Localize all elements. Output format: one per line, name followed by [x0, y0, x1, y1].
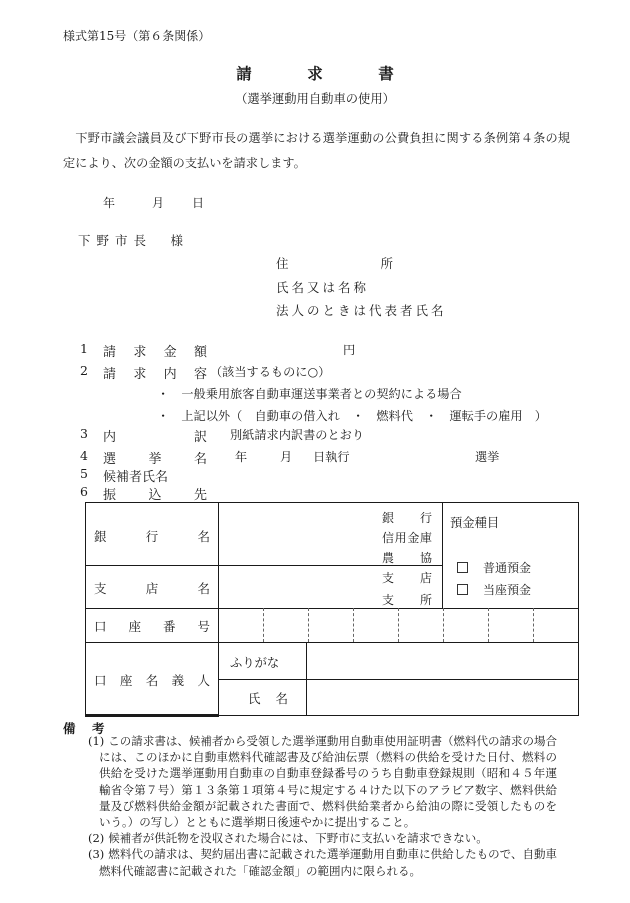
item4-label: 選挙名 — [103, 448, 207, 467]
item1-number: 1 — [80, 341, 88, 356]
item2-option2[interactable]: ・ 上記以外（ 自動車の借入れ ・ 燃料代 ・ 運転手の雇用 ） — [157, 407, 547, 424]
note-1-number: (1) — [88, 734, 104, 748]
note-item-2: (2)候補者が供託物を没収された場合には、下野市に支払いを請求できない。 — [85, 830, 557, 846]
item4-day-exec-label: 日執行 — [313, 448, 350, 465]
deposit-option-futsu[interactable]: 普通預金 — [457, 559, 531, 576]
item4-year-label: 年 — [235, 448, 247, 465]
note-3-number: (3) — [88, 847, 104, 861]
item3-value: 別紙請求内訳書のとおり — [230, 426, 364, 443]
form-code: 様式第15号（第６条関係） — [63, 27, 210, 44]
furigana-label: ふりがな — [230, 653, 279, 671]
toza-label: 当座預金 — [483, 583, 531, 597]
recipient-line: 下野市長 様 — [78, 231, 189, 249]
title-row: 請 求 書 — [0, 62, 630, 84]
account-number-label: 口座番号 — [94, 617, 210, 635]
branch-name-label: 支店名 — [94, 579, 210, 597]
toza-checkbox[interactable] — [457, 584, 468, 595]
date-day-label: 日 — [192, 194, 204, 211]
deposit-type-label: 預金種目 — [450, 513, 499, 531]
page-subtitle: （選挙運動用自動車の使用） — [235, 92, 395, 106]
claimant-representative-row[interactable]: 法人のときは代表者氏名 — [276, 299, 447, 323]
note-3-text: 燃料代の請求は、契約届出書に記載された選挙運動用自動車に供給したもので、自動車燃… — [99, 847, 557, 877]
item6-label: 振込先 — [103, 484, 207, 503]
futsu-checkbox[interactable] — [457, 562, 468, 573]
branch-type-shiten: 支店 — [382, 569, 432, 586]
notes-list: (1)この請求書は、候補者から受領した選挙運動用自動車使用証明書（燃料代の請求の… — [85, 733, 557, 879]
bank-type-shinkin: 信用金庫 — [382, 529, 432, 546]
branch-type-shisho: 支所 — [382, 591, 432, 608]
account-number-input-area[interactable] — [219, 609, 577, 641]
intro-paragraph: 下野市議会議員及び下野市長の選挙における選挙運動の公費負担に関する条例第４条の規… — [63, 126, 570, 176]
bank-type-bank: 銀行 — [382, 509, 432, 526]
item4-month-label: 月 — [280, 448, 292, 465]
date-year-label: 年 — [103, 194, 115, 211]
date-month-label: 月 — [152, 194, 164, 211]
item2-number: 2 — [80, 363, 88, 378]
item4-number: 4 — [80, 448, 88, 463]
item2-label: 請求内容 — [103, 363, 207, 382]
note-1-text: この請求書は、候補者から受領した選挙運動用自動車使用証明書（燃料代の請求の場合に… — [99, 734, 557, 829]
note-2-number: (2) — [88, 831, 104, 845]
item5-label: 候補者氏名 — [103, 466, 168, 485]
item5-number: 5 — [80, 466, 88, 481]
note-2-text: 候補者が供託物を没収された場合には、下野市に支払いを請求できない。 — [108, 831, 488, 845]
table-thick-border-segment — [85, 714, 219, 717]
note-item-3: (3)燃料代の請求は、契約届出書に記載された選挙運動用自動車に供給したもので、自… — [85, 846, 557, 878]
item3-number: 3 — [80, 426, 88, 441]
table-line — [442, 503, 443, 608]
address-label: 住所 — [276, 252, 393, 276]
item1-label: 請求金額 — [103, 341, 207, 360]
futsu-label: 普通預金 — [483, 561, 531, 575]
note-item-1: (1)この請求書は、候補者から受領した選挙運動用自動車使用証明書（燃料代の請求の… — [85, 733, 557, 830]
holder-name-label: 氏名 — [248, 689, 288, 707]
bank-transfer-table: 銀行名 支店名 口座番号 口座名義人 銀行 信用金庫 農協 支店 支所 預金種目… — [85, 502, 579, 716]
holder-name-input-area[interactable] — [307, 680, 577, 714]
page-title: 請 求 書 — [216, 65, 414, 83]
invoice-form-page: 様式第15号（第６条関係） 請 求 書 （選挙運動用自動車の使用） 下野市議会議… — [0, 0, 630, 903]
item2-option1[interactable]: ・ 一般乗用旅客自動車運送事業者との契約による場合 — [157, 385, 462, 402]
bank-name-label: 銀行名 — [94, 527, 210, 545]
claimant-block: 住所 氏名又は名称 法人のときは代表者氏名 — [276, 252, 447, 323]
item2-note: （該当するものに○） — [210, 363, 330, 380]
claimant-name-row[interactable]: 氏名又は名称 — [276, 276, 447, 300]
subtitle-row: （選挙運動用自動車の使用） — [0, 88, 630, 107]
claimant-address-row[interactable]: 住所 — [276, 252, 447, 276]
deposit-option-toza[interactable]: 当座預金 — [457, 581, 531, 598]
item4-election-suffix: 選挙 — [475, 448, 499, 465]
item6-number: 6 — [80, 484, 88, 499]
item3-label: 内訳 — [103, 426, 207, 445]
bank-type-nokyo: 農協 — [382, 549, 432, 566]
item1-yen-unit[interactable]: 円 — [343, 341, 355, 358]
furigana-input-area[interactable] — [307, 643, 577, 678]
account-holder-label: 口座名義人 — [94, 671, 210, 689]
